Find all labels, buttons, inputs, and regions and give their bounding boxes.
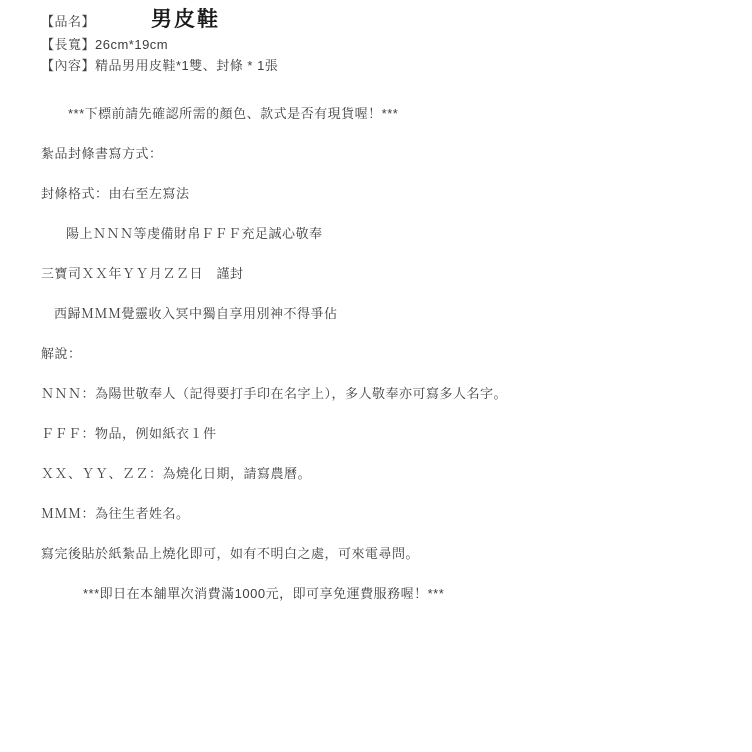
explanation-fff: ＦＦＦ：物品，例如紙衣１件 (41, 424, 701, 444)
product-title: 男皮鞋 (151, 8, 220, 31)
closing-instruction-line: 寫完後貼於紙紮品上燒化即可，如有不明白之處，可來電尋問。 (41, 544, 701, 564)
explanation-title: 解說： (41, 344, 701, 364)
seal-template-line-offerer: 陽上ＮＮＮ等虔備財帛ＦＦＦ充足誠心敬奉 (41, 224, 701, 244)
seal-template-line-date: 三寶司ＸＸ年ＹＹ月ＺＺ日 謹封 (41, 264, 701, 284)
explanation-mmm: ＭＭＭ：為往生者姓名。 (41, 504, 701, 524)
stock-availability-notice: ***下標前請先確認所需的顏色、款式是否有現貨喔！*** (41, 104, 701, 124)
product-name-label: 【品名】 (41, 14, 95, 29)
product-size-line: 【長寬】26cm*19cm (41, 35, 701, 55)
product-name-row: 【品名】男皮鞋 (41, 10, 701, 34)
product-description-document: 【品名】男皮鞋 【長寬】26cm*19cm 【內容】精品男用皮鞋*1雙、封條 *… (0, 0, 731, 604)
free-shipping-notice: ***即日在本舖單次消費滿1000元，即可享免運費服務喔！*** (41, 584, 701, 604)
seal-writing-section-title: 紮品封條書寫方式： (41, 144, 701, 164)
seal-template-line-deceased: 西歸ＭＭＭ覺靈收入冥中獨自享用別神不得爭佔 (41, 304, 701, 324)
explanation-nnn: ＮＮＮ：為陽世敬奉人（記得要打手印在名字上），多人敬奉亦可寫多人名字。 (41, 384, 701, 404)
explanation-date: ＸＸ、ＹＹ、ＺＺ：為燒化日期，請寫農曆。 (41, 464, 701, 484)
seal-format-line: 封條格式：由右至左寫法 (41, 184, 701, 204)
product-content-line: 【內容】精品男用皮鞋*1雙、封條 * 1張 (41, 56, 701, 76)
